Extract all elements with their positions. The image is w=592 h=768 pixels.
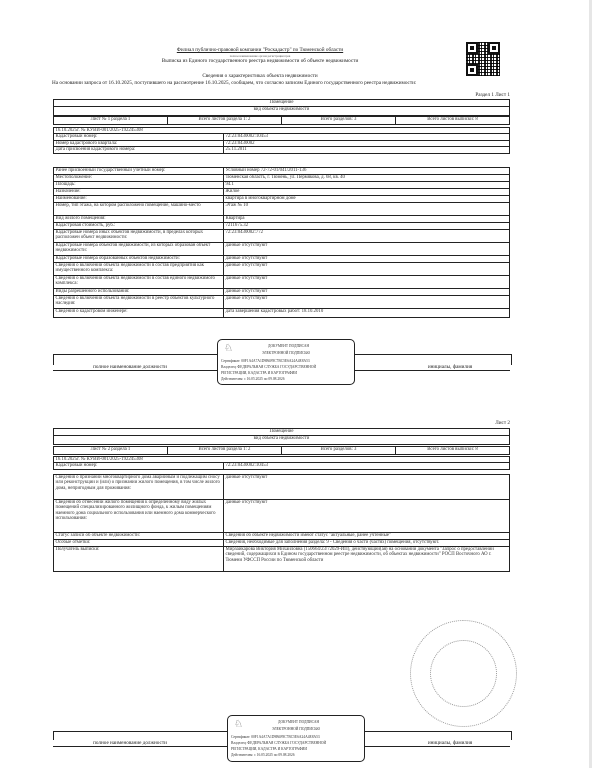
table-row: Особые отметки:Сведения, необходимые для… bbox=[54, 540, 510, 547]
field-value: дата завершения кадастровых работ: 18.10… bbox=[224, 309, 510, 318]
sheet-1-object-type: Помещение вид объекта недвижимости bbox=[53, 99, 510, 116]
sheet-number: Лист № 1 раздела 1 bbox=[54, 117, 168, 125]
field-label: Сведения о включении объекта недвижимост… bbox=[54, 276, 224, 289]
field-label: Площадь: bbox=[54, 182, 224, 189]
field-label: Получатель выписки: bbox=[54, 547, 224, 572]
document-subtitle: Сведения о характеристиках объекта недви… bbox=[150, 73, 370, 79]
field-value: Этаж № 10 bbox=[224, 203, 510, 216]
sections-total: Всего разделов: 3 bbox=[282, 117, 396, 125]
stamp-line: Действителен: с 16.05.2025 по 09.08.2026 bbox=[231, 753, 295, 757]
official-seal-inner bbox=[430, 640, 497, 707]
field-value: Квартира bbox=[224, 216, 510, 223]
stamp-line: Действителен: с 16.05.2025 по 09.08.2026 bbox=[221, 377, 285, 381]
table-row: Виды разрешенного использования:данные о… bbox=[54, 289, 510, 296]
field-label: Кадастровая стоимость, руб.: bbox=[54, 223, 224, 230]
field-label: Ранее присвоенный государственный учетны… bbox=[54, 168, 224, 175]
table-row: Получатель выписки:Мирзайкарова Виктория… bbox=[54, 547, 510, 572]
name-caption: инициалы, фамилия bbox=[400, 740, 500, 746]
coat-of-arms-icon: ♘ bbox=[234, 719, 243, 730]
table-row: Сведения об отнесении жилого помещения к… bbox=[54, 500, 510, 533]
table-row: Сведения о включении объекта недвижимост… bbox=[54, 296, 510, 309]
field-value: 72:23:0430002:10453 bbox=[224, 463, 510, 469]
table-row: Наименование:квартира в многоквартирном … bbox=[54, 196, 510, 203]
table-row: Статус записи об объекте недвижимости:Св… bbox=[54, 533, 510, 540]
field-label: Дата присвоения кадастрового номера: bbox=[54, 147, 224, 153]
field-value: данные отсутствуют bbox=[224, 500, 510, 533]
stamp-line: ДОКУМЕНТ ПОДПИСАН bbox=[278, 720, 319, 724]
table-row: Сведения о кадастровом инженере:дата зав… bbox=[54, 309, 510, 318]
stamp-line: ЭЛЕКТРОННОЙ ПОДПИСЬЮ bbox=[262, 351, 310, 355]
sheet-2-main-table: 16.10.2025г. № КУВИ-001/2025-192245308 К… bbox=[53, 456, 510, 470]
field-label: Вид жилого помещения: bbox=[54, 216, 224, 223]
table-row: Вид жилого помещения:Квартира bbox=[54, 216, 510, 223]
table-row: Кадастровые номера иных объектов недвижи… bbox=[54, 230, 510, 243]
stamp-line: ДОКУМЕНТ ПОДПИСАН bbox=[268, 344, 309, 348]
table-row: Сведения о включении объекта недвижимост… bbox=[54, 263, 510, 276]
field-value: Условный номер 72-72-01/041/2011-136 bbox=[224, 168, 510, 175]
field-value: Сведения об объекте недвижимости имеют с… bbox=[224, 533, 510, 540]
object-type-caption: вид объекта недвижимости bbox=[54, 435, 509, 442]
stamp-line: Сертификат: 00F1A4A7A1D9B6F8C7BC5E6A24A4… bbox=[231, 735, 320, 739]
sheet-1-info-row: Лист № 1 раздела 1 Всего листов раздела … bbox=[53, 116, 510, 125]
field-value: данные отсутствуют bbox=[224, 256, 510, 263]
stamp-line: РЕГИСТРАЦИИ, КАДАСТРА И КАРТОГРАФИИ bbox=[221, 371, 297, 375]
table-row: Назначение:Жилое bbox=[54, 189, 510, 196]
document-title: Выписка из Единого государственного реес… bbox=[100, 58, 420, 64]
field-value: Мирзайкарова Виктория Михайловна (150664… bbox=[224, 547, 510, 572]
section-sheets-total: Всего листов раздела 1: 2 bbox=[168, 117, 282, 125]
field-label: Наименование: bbox=[54, 196, 224, 203]
org-name: Филиал публично-правовой компании "Роска… bbox=[150, 47, 370, 53]
field-label: Сведения о кадастровом инженере: bbox=[54, 309, 224, 318]
field-label: Номер, тип этажа, на котором расположено… bbox=[54, 203, 224, 216]
sheet-1-details-table: Ранее присвоенный государственный учетны… bbox=[53, 167, 510, 318]
stamp-line: ЭЛЕКТРОННОЙ ПОДПИСЬЮ bbox=[272, 727, 320, 731]
field-label: Назначение: bbox=[54, 189, 224, 196]
table-row: Сведения о признании многоквартирного до… bbox=[54, 475, 510, 500]
table-row: Кадастровые номера объектов недвижимости… bbox=[54, 243, 510, 256]
table-row: Местоположение:Тюменская область, г. Тюм… bbox=[54, 175, 510, 182]
field-value: данные отсутствуют bbox=[224, 475, 510, 500]
table-row: Кадастровые номера образованных объектов… bbox=[54, 256, 510, 263]
field-label: Статус записи об объекте недвижимости: bbox=[54, 533, 224, 540]
sheet-2-details-table: Сведения о признании многоквартирного до… bbox=[53, 474, 510, 572]
field-label: Сведения о включении объекта недвижимост… bbox=[54, 263, 224, 276]
field-value: данные отсутствуют bbox=[224, 243, 510, 256]
field-value: квартира в многоквартирном доме bbox=[224, 196, 510, 203]
field-label: Особые отметки: bbox=[54, 540, 224, 547]
request-intro: На основании запроса от 16.10.2025, пост… bbox=[52, 80, 492, 86]
sheet-number: Лист № 2 раздела 1 bbox=[54, 447, 168, 455]
field-label: Кадастровые номера образованных объектов… bbox=[54, 256, 224, 263]
sheet-1-label: Раздел 1 Лист 1 bbox=[470, 92, 510, 98]
sheet-2-label: Лист 2 bbox=[470, 420, 510, 426]
sheet-1-main-table: 16.10.2025г. № КУВИ-001/2025-192245308 К… bbox=[53, 127, 510, 154]
field-value: 94.1 bbox=[224, 182, 510, 189]
field-label: Кадастровые номера объектов недвижимости… bbox=[54, 243, 224, 256]
table-row: Номер, тип этажа, на котором расположено… bbox=[54, 203, 510, 216]
qr-code-icon bbox=[466, 42, 500, 76]
sheet-2-info-row: Лист № 2 раздела 1 Всего листов раздела … bbox=[53, 446, 510, 455]
table-row: Кадастровая стоимость, руб.:7211675.32 bbox=[54, 223, 510, 230]
extract-sheets-total: Всего листов выписки: 8 bbox=[396, 447, 510, 455]
electronic-signature-stamp: ♘ ДОКУМЕНТ ПОДПИСАН ЭЛЕКТРОННОЙ ПОДПИСЬЮ… bbox=[227, 715, 365, 762]
table-row: Площадь:94.1 bbox=[54, 182, 510, 189]
electronic-signature-stamp: ♘ ДОКУМЕНТ ПОДПИСАН ЭЛЕКТРОННОЙ ПОДПИСЬЮ… bbox=[217, 339, 355, 385]
stamp-line: Владелец: ФЕДЕРАЛЬНАЯ СЛУЖБА ГОСУДАРСТВЕ… bbox=[231, 741, 326, 745]
field-value: данные отсутствуют bbox=[224, 276, 510, 289]
coat-of-arms-icon: ♘ bbox=[224, 343, 233, 354]
field-value: данные отсутствуют bbox=[224, 263, 510, 276]
field-label: Сведения о включении объекта недвижимост… bbox=[54, 296, 224, 309]
name-caption: инициалы, фамилия bbox=[400, 364, 500, 370]
field-value: Сведения, необходимые для заполнения раз… bbox=[224, 540, 510, 547]
field-value: Жилое bbox=[224, 189, 510, 196]
field-value: 25.11.2011 bbox=[224, 147, 510, 153]
field-value: данные отсутствуют bbox=[224, 296, 510, 309]
field-label: Кадастровый номер: bbox=[54, 463, 224, 469]
field-label: Кадастровые номера иных объектов недвижи… bbox=[54, 230, 224, 243]
stamp-line: РЕГИСТРАЦИИ, КАДАСТРА И КАРТОГРАФИИ bbox=[231, 747, 307, 751]
sheet-2-object-type: Помещение вид объекта недвижимости bbox=[53, 428, 510, 445]
field-value: 72:23:0430002:772 bbox=[224, 230, 510, 243]
stamp-line: Сертификат: 00F1A4A7A1D9B6F8C7BC5E6A24A4… bbox=[221, 359, 310, 363]
extract-sheets-total: Всего листов выписки: 8 bbox=[396, 117, 510, 125]
field-label: Местоположение: bbox=[54, 175, 224, 182]
field-label: Сведения об отнесении жилого помещения к… bbox=[54, 500, 224, 533]
field-value: Тюменская область, г. Тюмень, ул. Пермяк… bbox=[224, 175, 510, 182]
stamp-line: Владелец: ФЕДЕРАЛЬНАЯ СЛУЖБА ГОСУДАРСТВЕ… bbox=[221, 365, 316, 369]
field-value: 7211675.32 bbox=[224, 223, 510, 230]
field-label: Сведения о признании многоквартирного до… bbox=[54, 475, 224, 500]
sections-total: Всего разделов: 3 bbox=[282, 447, 396, 455]
table-row: Ранее присвоенный государственный учетны… bbox=[54, 168, 510, 175]
field-value: данные отсутствуют bbox=[224, 289, 510, 296]
object-type-caption: вид объекта недвижимости bbox=[54, 106, 509, 113]
table-row: Сведения о включении объекта недвижимост… bbox=[54, 276, 510, 289]
section-sheets-total: Всего листов раздела 1: 2 bbox=[168, 447, 282, 455]
field-label: Виды разрешенного использования: bbox=[54, 289, 224, 296]
